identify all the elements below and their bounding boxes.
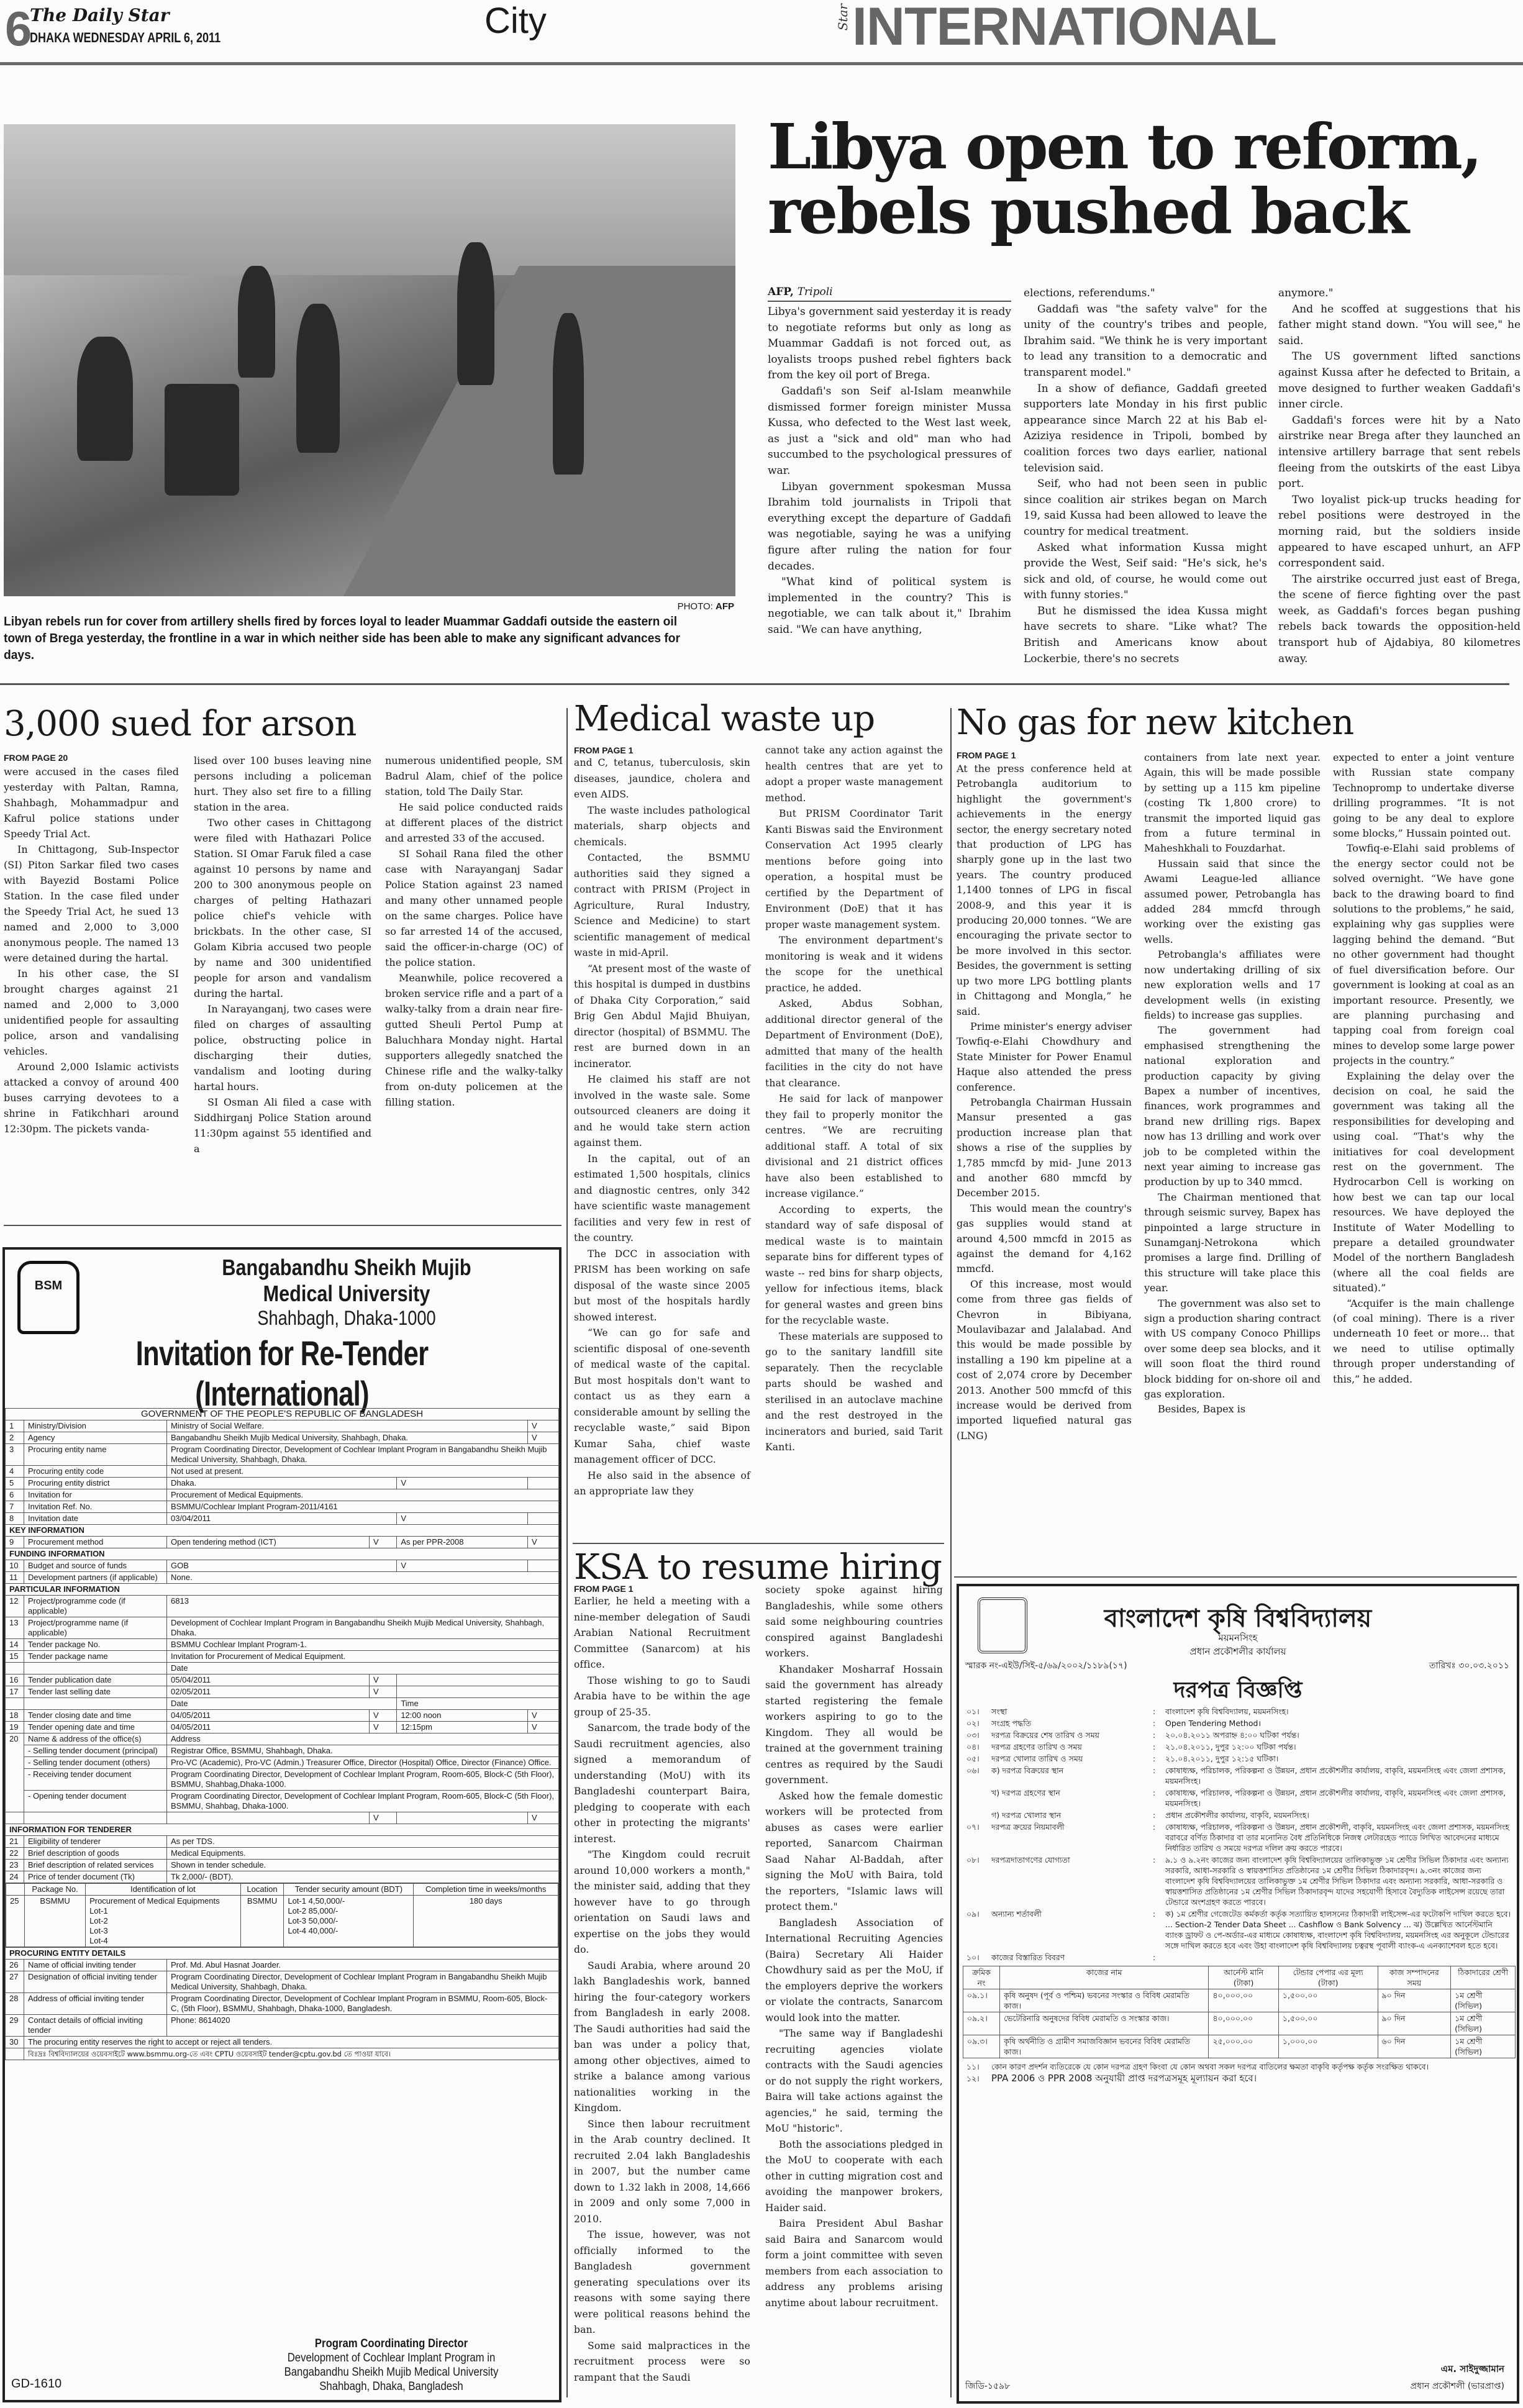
table-row: 15Tender package nameInvitation for Proc… bbox=[6, 1651, 559, 1663]
gas-col-1: At the press conference held at Petroban… bbox=[957, 761, 1132, 1443]
table-row: ০৪।দরপত্র গ্রহণের তারিখ ও সময়:২১.০৪.২০১… bbox=[963, 1741, 1516, 1753]
arson-col-3: numerous unidentified people, SM Badrul … bbox=[385, 753, 563, 1110]
paper-name: The Daily Star bbox=[30, 5, 170, 25]
table-row: গ) দরপত্র খোলার স্থান:প্রধান প্রকৌশলীর ক… bbox=[963, 1809, 1516, 1821]
table-row: ০৯.১।কৃষি অনুষদ (পূর্ব ও পশ্চিম) ভবনের স… bbox=[963, 1989, 1516, 2012]
table-row: 6Invitation forProcurement of Medical Eq… bbox=[6, 1489, 559, 1501]
table-row: ১০।কাজের বিস্তারিত বিবরণ: bbox=[963, 1951, 1516, 1963]
gas-col-2: containers from late next year. Again, t… bbox=[1144, 750, 1321, 1417]
section-title-international: INTERNATIONAL bbox=[852, 0, 1276, 53]
website-note: বিঃদ্রঃ বিশ্ববিদ্যালয়ের ওয়েবসাইটে www.… bbox=[24, 2048, 559, 2060]
table-row: ০৯.৩।কৃষি অর্থনীতি ও গ্রামীণ সমাজবিজ্ঞান… bbox=[963, 2035, 1516, 2058]
divider bbox=[573, 1543, 944, 1544]
from-page: FROM PAGE 1 bbox=[574, 1584, 633, 1594]
org-address: Shahbagh, Dhaka-1000 bbox=[178, 1307, 516, 1330]
dateline: DHAKA WEDNESDAY APRIL 6, 2011 bbox=[30, 30, 220, 46]
column-rule bbox=[950, 708, 952, 2397]
masthead-rule bbox=[0, 62, 1523, 65]
table-row: 26Name of official inviting tenderProf. … bbox=[6, 1960, 559, 1971]
table-row: 17Tender last selling date02/05/2011V bbox=[6, 1686, 559, 1698]
gas-col-3: expected to enter a joint venture with R… bbox=[1333, 750, 1514, 1387]
page-number: 6 bbox=[5, 4, 32, 53]
table-row: 7Invitation Ref. No.BSMMU/Cochlear Impla… bbox=[6, 1501, 559, 1513]
table-row: ০৯।অন্যান্য শর্তাবলী:ক) ১ম শ্রেণীর গেজেট… bbox=[963, 1908, 1516, 1951]
table-row: 16Tender publication date05/04/2011V bbox=[6, 1674, 559, 1686]
table-row: ০৮।দরপত্রদাতাগণের যোগ্যতা:৯.১ ও ৯.২নং কা… bbox=[963, 1854, 1516, 1908]
table-row: ০১।সংস্থা:বাংলাদেশ কৃষি বিশ্ববিদ্যালয়, … bbox=[963, 1706, 1516, 1717]
table-row: 30The procuring entity reserves the righ… bbox=[6, 2037, 559, 2048]
bau-signatory: এম. সাইদুজ্জামান bbox=[1441, 2362, 1504, 2378]
divider bbox=[4, 1225, 561, 1226]
column-rule bbox=[566, 708, 568, 2397]
bau-works-table: ক্রমিক নংকাজের নামআর্নেস্ট মানি (টাকা)টে… bbox=[963, 1966, 1516, 2058]
from-page: FROM PAGE 1 bbox=[574, 745, 633, 755]
headline-no-gas: No gas for new kitchen bbox=[957, 704, 1353, 742]
table-row: 28Address of official inviting tenderPro… bbox=[6, 1993, 559, 2015]
table-row: 23Brief description of related servicesS… bbox=[6, 1860, 559, 1871]
notice-date: তারিখঃ ৩০.০৩.২০১১ bbox=[1429, 1658, 1509, 1673]
table-row: ০৯.২।ভেটেরিনারি অনুষদের বিবিধ মেরামতি ও … bbox=[963, 2012, 1516, 2035]
table-row: 21Eligibility of tendererAs per TDS. bbox=[6, 1836, 559, 1848]
news-photo bbox=[4, 124, 735, 596]
divider bbox=[954, 1576, 1517, 1578]
headline-arson: 3,000 sued for arson bbox=[4, 706, 356, 743]
medical-col-1: and C, tetanus, tuberculosis, skin disea… bbox=[574, 755, 750, 1500]
byline: AFP, Tripoli bbox=[768, 286, 833, 298]
bau-gd-number: জিডি-১৫৯৮ bbox=[965, 2379, 1010, 2394]
divider bbox=[0, 683, 1509, 685]
star-logo-icon: Star bbox=[835, 4, 850, 30]
table-row: 10Budget and source of fundsGOBV bbox=[6, 1560, 559, 1572]
table-row: 14Tender package No.BSMMU Cochlear Impla… bbox=[6, 1639, 559, 1651]
table-row: 20Name & address of the office(s)Address bbox=[6, 1733, 559, 1745]
ksa-col-1: Earlier, he held a meeting with a nine-m… bbox=[574, 1594, 750, 2386]
signatory: Program Coordinating Director Developmen… bbox=[266, 2337, 517, 2394]
tender-advertisement: BSM Bangabandhu Sheikh MujibMedical Univ… bbox=[2, 1247, 561, 2402]
table-row: 4Procuring entity codeNot used at presen… bbox=[6, 1466, 559, 1478]
table-row: ১১।কোন কারণ প্রদর্শন ব্যতিরেকে যে কোন দর… bbox=[963, 2061, 1516, 2073]
table-row: 2AgencyBangabandhu Sheikh Mujib Medical … bbox=[6, 1432, 559, 1444]
photo-credit: PHOTO: AFP bbox=[678, 601, 734, 612]
table-row: ০২।সংগ্রহ পদ্ধতি:Open Tendering Method। bbox=[963, 1717, 1516, 1729]
gd-number: GD-1610 bbox=[11, 2377, 61, 2391]
table-row: 22Brief description of goodsMedical Equi… bbox=[6, 1848, 559, 1860]
notice-title: দরপত্র বিজ্ঞপ্তি bbox=[959, 1673, 1517, 1711]
bau-signatory-title: প্রধান প্রকৌশলী (ভারপ্রাপ্ত) bbox=[1411, 2379, 1504, 2394]
table-row: 19Tender opening date and time04/05/2011… bbox=[6, 1722, 559, 1733]
from-page: FROM PAGE 1 bbox=[957, 750, 1016, 760]
bau-items: ০১।সংস্থা:বাংলাদেশ কৃষি বিশ্ববিদ্যালয়, … bbox=[963, 1706, 1516, 1963]
libya-col-2: elections, referendums."Gaddafi was "the… bbox=[1024, 286, 1267, 667]
memo-number: স্মারক নং-এইউ/সিই-৫/৬৯/২০০২/১১৮৯(১৭) bbox=[965, 1658, 1127, 1673]
table-row: 24Price of tender document (Tk)Tk 2,000/… bbox=[6, 1871, 559, 1883]
table-row: 9Procurement methodOpen tendering method… bbox=[6, 1537, 559, 1548]
byline-rule bbox=[768, 301, 1011, 302]
bau-footer-items: ১১।কোন কারণ প্রদর্শন ব্যতিরেকে যে কোন দর… bbox=[963, 2061, 1516, 2084]
libya-col-1: Libya's government said yesterday it is … bbox=[768, 304, 1011, 638]
bsmmu-logo-icon: BSM bbox=[17, 1261, 80, 1334]
tender-table: GOVERNMENT OF THE PEOPLE'S REPUBLIC OF B… bbox=[5, 1408, 559, 2060]
medical-col-2: cannot take any action against the healt… bbox=[765, 743, 943, 1456]
headline-medical-waste: Medical waste up bbox=[574, 701, 875, 738]
table-row: 1Ministry/DivisionMinistry of Social Wel… bbox=[6, 1420, 559, 1432]
org-name: Bangabandhu Sheikh MujibMedical Universi… bbox=[178, 1255, 516, 1307]
bau-tender-notice: বাংলাদেশ কৃষি বিশ্ববিদ্যালয় ময়মনসিংহ প… bbox=[957, 1584, 1519, 2404]
photo-caption: Libyan rebels run for cover from artille… bbox=[4, 614, 707, 664]
from-page: FROM PAGE 20 bbox=[4, 753, 68, 763]
table-row: 29Contact details of official inviting t… bbox=[6, 2015, 559, 2037]
table-row: ০৩।দরপত্র বিক্রয়ের শেষ তারিখ ও সময়:২০.… bbox=[963, 1729, 1516, 1741]
table-row: 5Procuring entity districtDhaka.V bbox=[6, 1478, 559, 1489]
table-row: ০৬।ক) দরপত্র বিক্রয়ের স্থান:কোষাধ্যক্ষ,… bbox=[963, 1765, 1516, 1787]
ksa-col-2: society spoke against hiring Bangladeshi… bbox=[765, 1583, 943, 2311]
tender-title: Invitation for Re-Tender (International) bbox=[66, 1333, 498, 1414]
table-row: 3Procuring entity nameProgram Coordinati… bbox=[6, 1444, 559, 1466]
arson-col-2: lised over 100 buses leaving nine person… bbox=[194, 753, 371, 1156]
headline-ksa: KSA to resume hiring bbox=[574, 1549, 942, 1586]
table-row: 12Project/programme code (if applicable)… bbox=[6, 1596, 559, 1617]
table-row: 27Designation of official inviting tende… bbox=[6, 1971, 559, 1993]
arson-col-1: were accused in the cases filed yesterda… bbox=[4, 764, 179, 1137]
table-row: ০৭।দরপত্র ক্রয়ের নিয়মাবলী:কোষাধ্যক্ষ, … bbox=[963, 1821, 1516, 1854]
libya-col-3: anymore."And he scoffed at suggestions t… bbox=[1278, 286, 1521, 667]
table-row: 13Project/programme name (if applicable)… bbox=[6, 1617, 559, 1639]
headline-libya: Libya open to reform, rebels pushed back bbox=[768, 114, 1519, 243]
table-row: 11Development partners (if applicable)No… bbox=[6, 1572, 559, 1584]
table-row: 18Tender closing date and time04/05/2011… bbox=[6, 1710, 559, 1722]
lot-table: Package No.Identification of lotLocation… bbox=[6, 1883, 558, 1947]
table-row: ১২।PPA 2006 ও PPR 2008 অনুযায়ী প্রাপ্ত … bbox=[963, 2073, 1516, 2084]
section-title-city: City bbox=[484, 0, 547, 42]
table-row: ০৫।দরপত্র খোলার তারিখ ও সময়:২১.০৪.২০১১,… bbox=[963, 1753, 1516, 1765]
table-row: 8Invitation date03/04/2011V bbox=[6, 1513, 559, 1525]
table-row: খ) দরপত্র গ্রহণের স্থান:কোষাধ্যক্ষ, পরিচ… bbox=[963, 1787, 1516, 1809]
